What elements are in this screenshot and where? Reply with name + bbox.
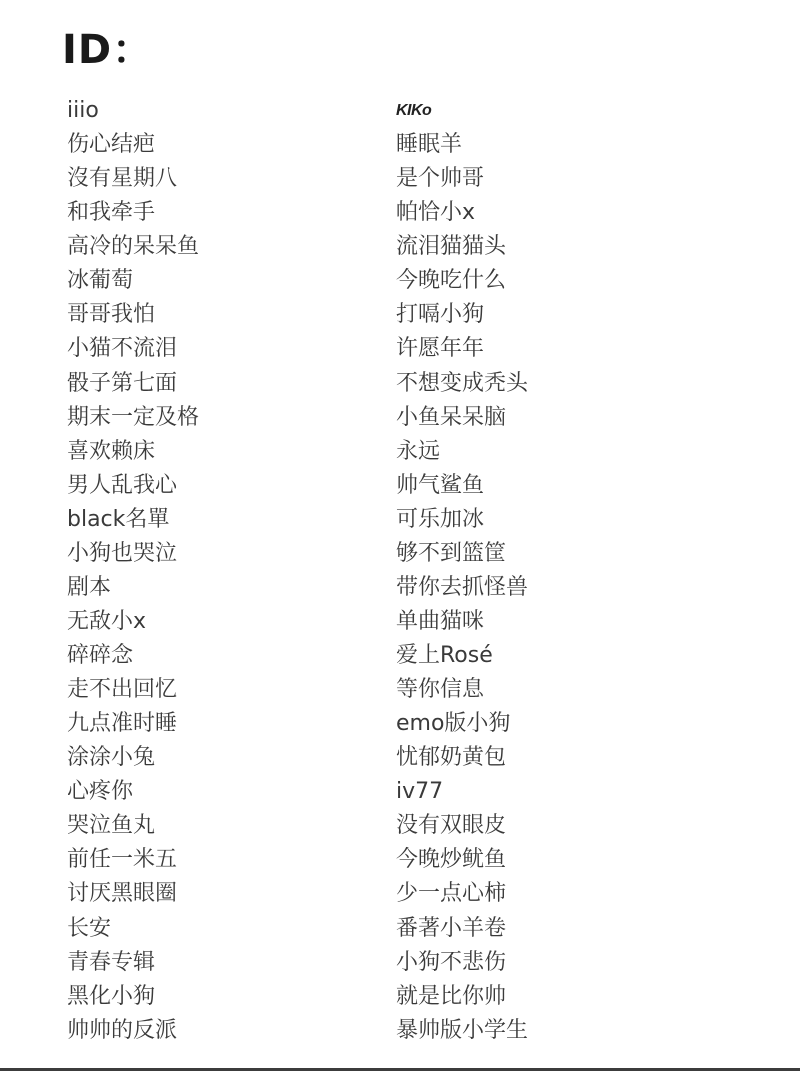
list-item: 打嗝小狗 [396, 298, 528, 332]
list-item: 小狗不悲伤 [396, 946, 528, 980]
list-item: 睡眠羊 [396, 128, 528, 162]
list-item: 等你信息 [396, 673, 528, 707]
list-item: emo版小狗 [396, 707, 528, 741]
list-item: 够不到篮筐 [396, 537, 528, 571]
id-list-right: KIKo 睡眠羊 是个帅哥 帕恰小x 流泪猫猫头 今晚吃什么 打嗝小狗 许愿年年… [396, 94, 528, 1048]
list-item: 忧郁奶黄包 [396, 741, 528, 775]
list-item: 没有双眼皮 [396, 809, 528, 843]
list-item: 可乐加冰 [396, 503, 528, 537]
list-item: 小猫不流泪 [67, 332, 199, 366]
list-item: 带你去抓怪兽 [396, 571, 528, 605]
list-item: 是个帅哥 [396, 162, 528, 196]
list-item: 哭泣鱼丸 [67, 809, 199, 843]
list-item: 伤心结疤 [67, 128, 199, 162]
list-item: 帅气鲨鱼 [396, 469, 528, 503]
list-item: iiio [67, 94, 199, 128]
list-item: 帅帅的反派 [67, 1014, 199, 1048]
list-item: 骰子第七面 [67, 367, 199, 401]
list-item: 暴帅版小学生 [396, 1014, 528, 1048]
list-item: 剧本 [67, 571, 199, 605]
list-item: 走不出回忆 [67, 673, 199, 707]
list-item: 无敌小x [67, 605, 199, 639]
list-item: 喜欢赖床 [67, 435, 199, 469]
list-item: 番著小羊卷 [396, 912, 528, 946]
list-item: 黑化小狗 [67, 980, 199, 1014]
list-item: 男人乱我心 [67, 469, 199, 503]
list-item: 不想变成秃头 [396, 367, 528, 401]
list-item: iv77 [396, 775, 528, 809]
list-item: 心疼你 [67, 775, 199, 809]
list-item: black名單 [67, 503, 199, 537]
list-item: 帕恰小x [396, 196, 528, 230]
list-item: 小鱼呆呆脑 [396, 401, 528, 435]
list-item: 涂涂小兔 [67, 741, 199, 775]
page-title: ID： [62, 24, 153, 76]
list-item: 就是比你帅 [396, 980, 528, 1014]
list-item: 哥哥我怕 [67, 298, 199, 332]
list-item: 九点准时睡 [67, 707, 199, 741]
list-item: 许愿年年 [396, 332, 528, 366]
list-item: 期末一定及格 [67, 401, 199, 435]
list-item: KIKo [396, 94, 528, 128]
list-item: 流泪猫猫头 [396, 230, 528, 264]
list-item: 长安 [67, 912, 199, 946]
list-item: 高冷的呆呆鱼 [67, 230, 199, 264]
list-item: 今晚炒鱿鱼 [396, 843, 528, 877]
list-item: 单曲猫咪 [396, 605, 528, 639]
list-item: 和我牵手 [67, 196, 199, 230]
list-item: 讨厌黑眼圈 [67, 877, 199, 911]
list-item: 今晚吃什么 [396, 264, 528, 298]
list-item: 青春专辑 [67, 946, 199, 980]
list-item: 前任一米五 [67, 843, 199, 877]
list-item: 冰葡萄 [67, 264, 199, 298]
list-item: 少一点心柿 [396, 877, 528, 911]
list-item: 小狗也哭泣 [67, 537, 199, 571]
id-list-left: iiio 伤心结疤 沒有星期八 和我牵手 高冷的呆呆鱼 冰葡萄 哥哥我怕 小猫不… [67, 94, 199, 1048]
list-item: 永远 [396, 435, 528, 469]
list-item: 碎碎念 [67, 639, 199, 673]
list-item: 爱上Rosé [396, 639, 528, 673]
list-item: 沒有星期八 [67, 162, 199, 196]
